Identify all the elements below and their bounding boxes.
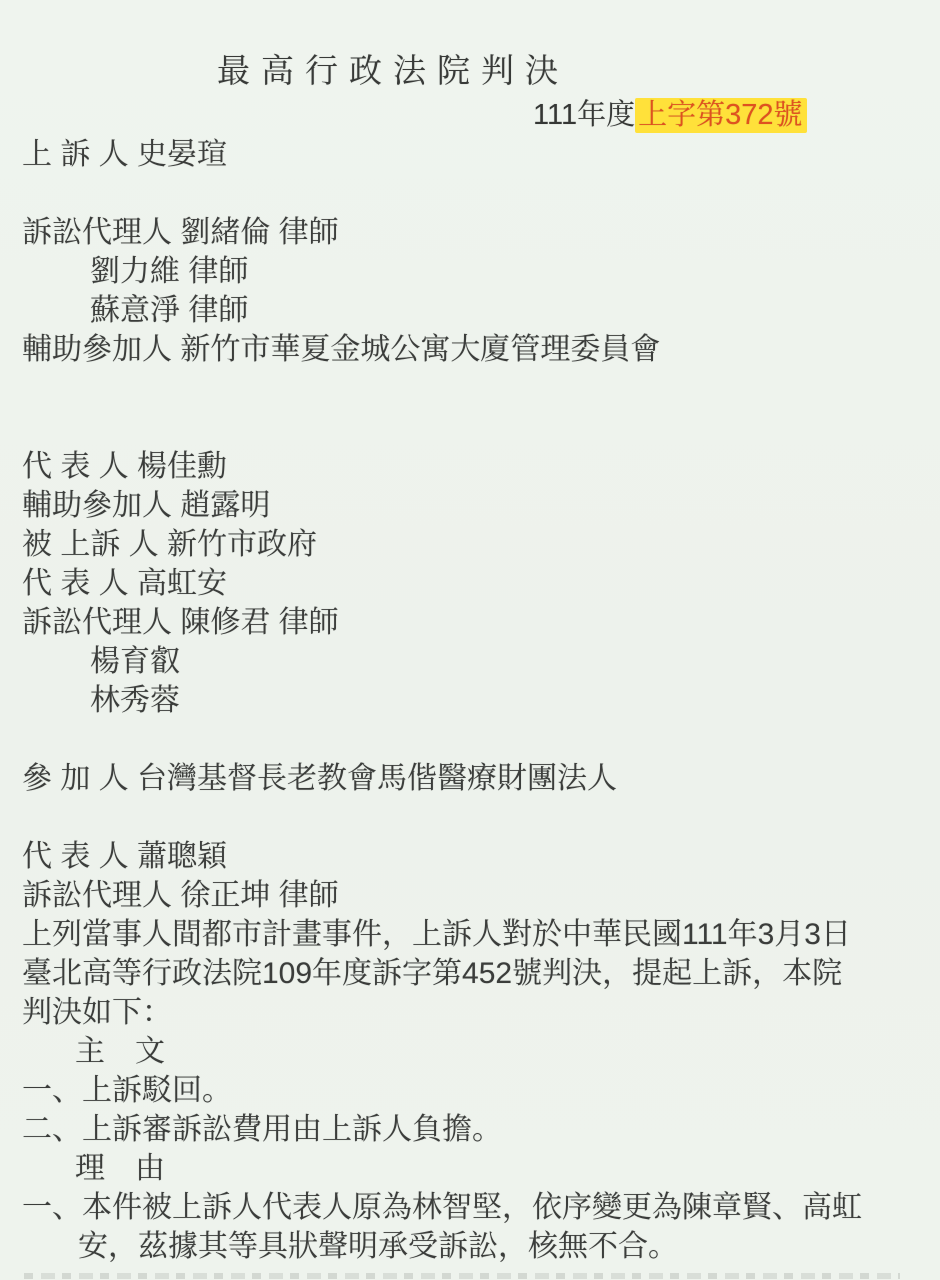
reason-item-cont: 安，茲據其等具狀聲明承受訴訟，核無不合。 bbox=[0, 1227, 940, 1266]
party-line-assisting-intervener: 輔助參加人 趙露明 bbox=[0, 486, 940, 525]
ruling-item: 一、上訴駁回。 bbox=[0, 1071, 940, 1110]
blank-line bbox=[0, 798, 940, 837]
document-body: 上 訴 人 史晏瑄 訴訟代理人 劉緒倫 律師 劉力維 律師 蘇意淨 律師 輔助參… bbox=[0, 135, 940, 1266]
case-number-highlight: 上字第372號 bbox=[635, 98, 807, 133]
blank-line bbox=[0, 174, 940, 213]
party-line-counsel-cont: 林秀蓉 bbox=[0, 681, 940, 720]
party-line-counsel-cont: 楊育叡 bbox=[0, 642, 940, 681]
party-line-assisting-intervener: 輔助參加人 新竹市華夏金城公寓大廈管理委員會 bbox=[0, 330, 940, 369]
clipped-next-line-remnant bbox=[24, 1273, 900, 1279]
party-line-counsel: 訴訟代理人 徐正坤 律師 bbox=[0, 876, 940, 915]
section-header-main-text: 主 文 bbox=[0, 1032, 940, 1071]
case-number-line: 111年度上字第372號 bbox=[0, 96, 940, 135]
party-line-appellee: 被 上訴 人 新竹市政府 bbox=[0, 525, 940, 564]
reason-item: 一、本件被上訴人代表人原為林智堅，依序變更為陳章賢、高虹 bbox=[0, 1188, 940, 1227]
blank-line bbox=[0, 720, 940, 759]
document-title: 最高行政法院判決 bbox=[0, 0, 940, 96]
party-line-representative: 代 表 人 楊佳勳 bbox=[0, 447, 940, 486]
section-header-reasons: 理 由 bbox=[0, 1149, 940, 1188]
preamble-line: 判決如下： bbox=[0, 993, 940, 1032]
party-line-counsel-cont: 蘇意淨 律師 bbox=[0, 291, 940, 330]
party-line-counsel: 訴訟代理人 陳修君 律師 bbox=[0, 603, 940, 642]
party-line-counsel-cont: 劉力維 律師 bbox=[0, 252, 940, 291]
blank-line bbox=[0, 369, 940, 408]
judgment-document-page: 最高行政法院判決 111年度上字第372號 上 訴 人 史晏瑄 訴訟代理人 劉緒… bbox=[0, 0, 940, 1280]
party-line-counsel: 訴訟代理人 劉緒倫 律師 bbox=[0, 213, 940, 252]
case-number-year-prefix: 111年度 bbox=[533, 99, 635, 131]
preamble-line: 臺北高等行政法院109年度訴字第452號判決，提起上訴，本院 bbox=[0, 954, 940, 993]
party-line-appellant: 上 訴 人 史晏瑄 bbox=[0, 135, 940, 174]
party-line-representative: 代 表 人 蕭聰穎 bbox=[0, 837, 940, 876]
preamble-line: 上列當事人間都市計畫事件，上訴人對於中華民國111年3月3日 bbox=[0, 915, 940, 954]
party-line-intervener: 參 加 人 台灣基督長老教會馬偕醫療財團法人 bbox=[0, 759, 940, 798]
party-line-representative: 代 表 人 高虹安 bbox=[0, 564, 940, 603]
ruling-item: 二、上訴審訴訟費用由上訴人負擔。 bbox=[0, 1110, 940, 1149]
blank-line bbox=[0, 408, 940, 447]
